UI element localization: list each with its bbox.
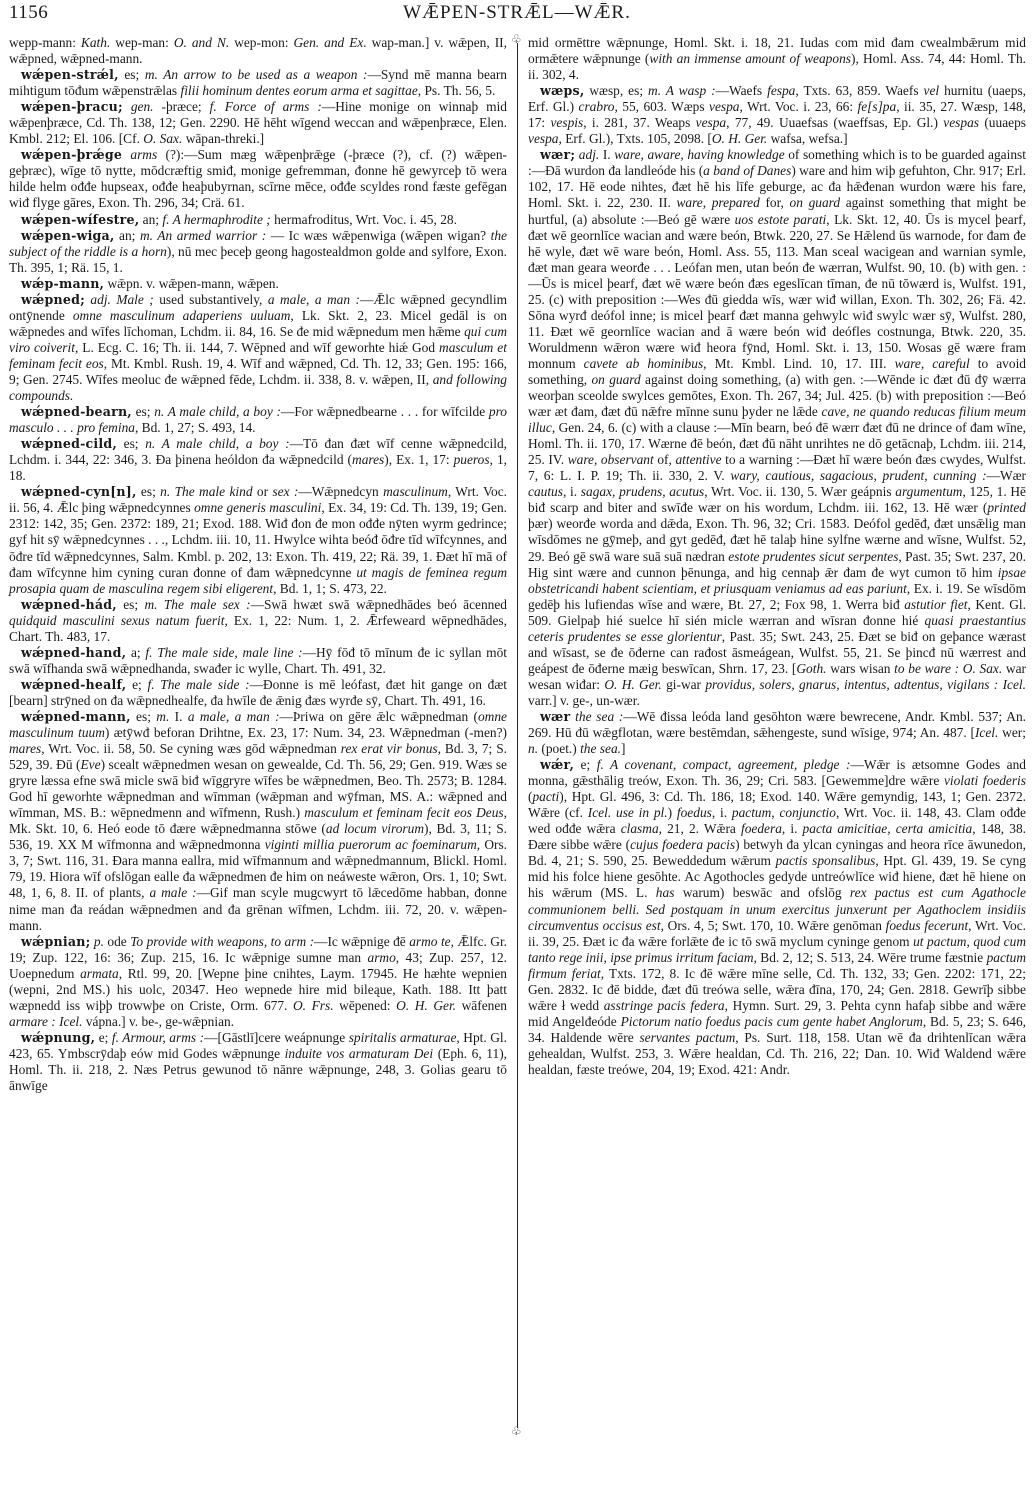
entry-headword: wær; (540, 147, 575, 162)
running-title: WǢPEN-STRǢL—WǢR. (9, 2, 1025, 24)
entry-italic-text: n. The male kind (160, 484, 252, 499)
entry-italic-text: Goth. (796, 661, 826, 676)
entry-italic-text: asstringe pacis federa (604, 998, 725, 1013)
entry-italic-text: on guard (790, 195, 841, 210)
entry-text: —Swā hwæt swā wǣpnedhādes beó ācenned (251, 597, 507, 612)
entry-headword: wæps, (540, 83, 584, 98)
ornament-top-icon: ♧ (511, 33, 522, 45)
entry-headword: wǽpnian; (21, 934, 90, 949)
entry-italic-text: O. Sax. (143, 131, 182, 146)
entry-italic-text: fespa (767, 83, 795, 98)
entry-italic-text: cavete ab hominibus (584, 356, 704, 371)
entry-italic-text: mares (9, 741, 41, 756)
entry-italic-text: a male, a man : (268, 292, 360, 307)
entry-italic-text: on guard (591, 372, 640, 387)
entry-headword: wǽpen-þracu; (21, 99, 123, 114)
dictionary-entry: wǽpned-cyn[n], es; n. The male kind or s… (9, 484, 507, 596)
entry-italic-text: O. H. Ger. (604, 677, 661, 692)
dictionary-entry: wǽr, e; f. A covenant, compact, agreemen… (528, 757, 1026, 1078)
entry-text: wafsa, wefsa.] (767, 131, 847, 146)
entry-italic-text: n. A male child, a boy : (154, 404, 281, 419)
dictionary-entry: wǽpned-healf, e; f. The male side :—Đonn… (9, 677, 507, 709)
entry-italic-text: arms (130, 147, 157, 162)
entry-italic-text: m. The male sex : (144, 597, 250, 612)
entry-text: es; (117, 436, 145, 451)
dictionary-entry: wǽpen-þrǽge arms (?):—Sum mæg wǣpenþrǣge… (9, 147, 507, 211)
dictionary-entry: wæps, wæsp, es; m. A wasp :—Waefs fespa,… (528, 83, 1026, 147)
entry-italic-text: m. (156, 709, 169, 724)
entry-headword: wǽp-mann, (21, 276, 104, 291)
entry-headword: wǽpned-healf, (21, 677, 126, 692)
entry-italic-text: crabro (579, 99, 615, 114)
entry-text: — Ic wæs wǣpenwiga (wǣpen wigan? (266, 228, 490, 243)
entry-text: , Bd. 1, 1; S. 473, 22. (273, 581, 387, 596)
dictionary-entry: wǽpen-wiga, an; m. An armed warrior : — … (9, 228, 507, 276)
entry-text: I. (599, 147, 614, 162)
entry-italic-text: the sea : (575, 709, 623, 724)
entry-italic-text: f. The male side : (147, 677, 249, 692)
entry-italic-text: Eve (81, 757, 101, 772)
entry-headword: wǽpen-wiga, (21, 228, 115, 243)
entry-text: es; (137, 484, 161, 499)
entry-italic-text: mares (352, 452, 384, 467)
entry-italic-text: pactis sponsalibus (776, 853, 876, 868)
entry-text: wǣpn. v. wǣpen-mann, wǣpen. (104, 276, 279, 291)
entry-italic-text: argumentum (895, 484, 962, 499)
dictionary-entry: wær; adj. I. ware, aware, having knowled… (528, 147, 1026, 709)
entry-italic-text: O. H. Ger. (396, 998, 456, 1013)
entry-text: , Ors. 4, 5; Swt. 170, 10. Wǣre genōman (661, 918, 886, 933)
entry-italic-text: wary, cautious, sagacious, prudent, cunn… (730, 468, 986, 483)
entry-italic-text: ad locum virorum (326, 821, 424, 836)
entry-italic-text: masculum et feminam fecit eos Deus (304, 805, 503, 820)
entry-italic-text: f. Armour, arms : (112, 1030, 204, 1045)
entry-headword: wǽpen-þrǽge (21, 147, 122, 162)
entry-italic-text: vespa (696, 115, 727, 130)
entry-text: , 77, 49. Uuaefsas (waeffsas, Ep. Gl.) (726, 115, 943, 130)
entry-text: , Ps. Th. 56, 5. (418, 83, 496, 98)
left-column: wepp-mann: Kath. wep-man: O. and N. wep-… (9, 35, 507, 1094)
entry-headword: wǽpned-hád, (21, 597, 117, 612)
entry-italic-text: to be ware : O. Sax. (894, 661, 1002, 676)
dictionary-entry: wǽpned-bearn, es; n. A male child, a boy… (9, 404, 507, 436)
entry-text: wæsp, es; (584, 83, 648, 98)
entry-italic-text: induite vos armaturam Dei (285, 1046, 433, 1061)
entry-text: for, (760, 195, 790, 210)
entry-italic-text: Pictorum natio foedus pacis cum gente ha… (621, 1014, 923, 1029)
entry-headword: wǽpned-bearn, (21, 404, 132, 419)
entry-italic-text: sagax, prudens, acutus (581, 484, 704, 499)
entry-text: ode (104, 934, 130, 949)
entry-italic-text: omne generis masculini (194, 500, 321, 515)
entry-headword: wǽpned-hand, (21, 645, 126, 660)
right-column: mid ormēttre wǣpnunge, Homl. Skt. i. 18,… (528, 35, 1026, 1078)
entry-italic-text: To provide with weapons, to arm : (130, 934, 314, 949)
entry-italic-text: m. An armed warrior : (140, 228, 266, 243)
entry-text: ) ætȳwđ beforan Drihtne, Ex. 23, 17: Num… (105, 725, 507, 740)
entry-italic-text: uos estote parati (735, 212, 827, 227)
entry-italic-text: f. The male side, male line : (145, 645, 302, 660)
entry-text: , Wrt. Voc. ii. 130, 5. Wær geápnis (704, 484, 895, 499)
entry-italic-text: attentive (675, 452, 721, 467)
entry-text: , i. 281, 37. Weaps (583, 115, 695, 130)
entry-text: es; (132, 404, 154, 419)
entry-text: , Lk. Skt. 12, 40. Ūs is mycel þearf, đæ… (528, 212, 1026, 371)
entry-italic-text: clasma (621, 821, 659, 836)
entry-italic-text: quidquid masculini sexus natum fuerit (9, 613, 224, 628)
entry-headword: wǽr, (540, 757, 574, 772)
entry-italic-text: armo (368, 950, 396, 965)
entry-italic-text: Gen. and Ex. (293, 35, 366, 50)
entry-italic-text: pacti (532, 789, 559, 804)
entry-text: I. (169, 709, 188, 724)
entry-text: , Bd. 2, 12; S. 513, 24. Wēre trume fæst… (754, 950, 987, 965)
entry-italic-text: pueros (454, 452, 490, 467)
entry-text: ] (621, 741, 625, 756)
entry-text: ) (668, 805, 677, 820)
dictionary-columns: wepp-mann: Kath. wep-man: O. and N. wep-… (9, 35, 1027, 1435)
entry-text: es; (117, 597, 145, 612)
entry-italic-text: armata (80, 966, 119, 981)
entry-text: es; (131, 709, 157, 724)
entry-text: , L. Ecg. C. 16; Th. ii. 144, 7. Wēpned … (75, 340, 439, 355)
entry-text: varr.] v. ge-, un-wær. (528, 693, 640, 708)
entry-text: —For wǣpnedbearne . . . for wīfcilde (281, 404, 489, 419)
entry-text: —Wær (987, 468, 1026, 483)
dictionary-entry: wǽpnian; p. ode To provide with weapons,… (9, 934, 507, 1030)
entry-text: —Waefs (716, 83, 767, 98)
entry-italic-text: filii hominum dentes eorum arma et sagit… (180, 83, 417, 98)
entry-text: , Bd. 1, 27; S. 493, 14. (135, 420, 256, 435)
entry-text: —Þriwa on gēre ǣlc wǣpnedman ( (279, 709, 478, 724)
entry-italic-text: violati foederis (944, 773, 1026, 788)
entry-italic-text: adj. Male ; (90, 292, 153, 307)
dictionary-entry: wǽpen-þracu; gen. -þræce; f. Force of ar… (9, 99, 507, 147)
entry-text: , i. (563, 484, 581, 499)
entry-text: (uuaeps (979, 115, 1026, 130)
entry-text: wepp-mann: (9, 35, 81, 50)
entry-text: an; (115, 228, 140, 243)
entry-italic-text: rex erat vir bonus (341, 741, 438, 756)
entry-italic-text: m. An arrow to be used as a weapon : (145, 67, 368, 82)
entry-text: wars wisan (827, 661, 895, 676)
entry-italic-text: Kath. (81, 35, 110, 50)
entry-italic-text: the sea. (580, 741, 621, 756)
entry-italic-text: a male : (149, 885, 196, 900)
entry-italic-text: vel (924, 83, 940, 98)
entry-italic-text: printed (987, 500, 1026, 515)
entry-italic-text: p. (94, 934, 104, 949)
entry-italic-text: Icel. (975, 725, 998, 740)
entry-text (123, 99, 131, 114)
entry-text: wēpened: (334, 998, 397, 1013)
ornament-bottom-icon: ♧ (511, 1425, 522, 1437)
dictionary-entry: wǽpned-cild, es; n. A male child, a boy … (9, 436, 507, 484)
entry-italic-text: armare : Icel. (9, 1014, 83, 1029)
entry-italic-text: a band of Danes (703, 163, 791, 178)
entry-text: e; (126, 677, 147, 692)
entry-italic-text: O. and N. (174, 35, 229, 50)
entry-italic-text: a male, a man : (188, 709, 280, 724)
entry-text: , Erf. Gl.), Txts. 105, 2098. [ (559, 131, 712, 146)
entry-text: wer; (998, 725, 1026, 740)
entry-italic-text: cautus (528, 484, 563, 499)
entry-italic-text: foedera (741, 821, 782, 836)
entry-text: vápna.] v. be-, ge-wǣpnian. (83, 1014, 235, 1029)
entry-italic-text: foedus (677, 805, 712, 820)
entry-text: wāfenen (456, 998, 507, 1013)
entry-text: hermafroditus, Wrt. Voc. i. 45, 28. (271, 212, 457, 227)
entry-headword: wǽpnung, (21, 1030, 95, 1045)
entry-italic-text: foedus fecerunt (886, 918, 969, 933)
entry-italic-text: ware, observant (568, 452, 654, 467)
entry-text: , Wrt. Voc. ii. 58, 50. Se cyning wæs gō… (41, 741, 341, 756)
entry-text: , Txts. 63, 859. Waefs (795, 83, 923, 98)
entry-italic-text: fe[s]pa (857, 99, 896, 114)
entry-italic-text: with an immense amount of weapons (649, 51, 851, 66)
entry-text: a; (126, 645, 145, 660)
entry-headword: wǽpned; (21, 292, 85, 307)
entry-text: —Ic wǣpnige đē (314, 934, 409, 949)
dictionary-entry: wǽpned-mann, es; m. I. a male, a man :—Þ… (9, 709, 507, 934)
dictionary-entry: wǽp-mann, wǣpn. v. wǣpen-mann, wǣpen. (9, 276, 507, 292)
entry-text: —Wǣpnedcyn (298, 484, 383, 499)
entry-text: wāpan-threki.] (182, 131, 264, 146)
dictionary-entry: wǽpen-wífestre, an; f. A hermaphrodite ;… (9, 212, 507, 228)
dictionary-entry: wǽpned; adj. Male ; used substantively, … (9, 292, 507, 404)
entry-text: used substantively, (154, 292, 268, 307)
dictionary-entry: wǽpnung, e; f. Armour, arms :—[Gāstlī]ce… (9, 1030, 507, 1094)
entry-continuation: mid ormēttre wǣpnunge, Homl. Skt. i. 18,… (528, 35, 1026, 83)
column-divider (517, 43, 518, 1428)
entry-italic-text: ware, aware, having knowledge (614, 147, 784, 162)
entry-text: (poet.) (538, 741, 580, 756)
entry-italic-text: f. Force of arms : (210, 99, 322, 114)
dictionary-entry: wǽpen-strǽl, es; m. An arrow to be used … (9, 67, 507, 99)
entry-text: , i. (782, 821, 803, 836)
entry-italic-text: n. A male child, a boy : (145, 436, 289, 451)
entry-text: —[Gāstlī]cere weápnunge (204, 1030, 349, 1045)
entry-text: -þræce; (154, 99, 210, 114)
dictionary-entry: wǽpned-hand, a; f. The male side, male l… (9, 645, 507, 677)
entry-italic-text: astutior fiet (904, 597, 967, 612)
entry-italic-text: servantes pactum (639, 1030, 735, 1045)
entry-text: e; (95, 1030, 112, 1045)
entry-text: wep-man: (110, 35, 174, 50)
entry-italic-text: f. A hermaphrodite ; (162, 212, 270, 227)
entry-italic-text: sex : (272, 484, 298, 499)
entry-headword: wǽpned-mann, (21, 709, 131, 724)
entry-text: , i. (712, 805, 732, 820)
entry-italic-text: vespis (550, 115, 583, 130)
entry-italic-text: armo te (409, 934, 450, 949)
entry-text: , Wrt. Voc. i. 23, 66: (740, 99, 858, 114)
entry-italic-text: O. H. Ger. (712, 131, 767, 146)
entry-text: , 21, 2. Wǣra (659, 821, 741, 836)
entry-continuation: wepp-mann: Kath. wep-man: O. and N. wep-… (9, 35, 507, 67)
entry-italic-text: ware, prepared (676, 195, 759, 210)
entry-headword: wǽpned-cild, (21, 436, 117, 451)
entry-headword: wær (540, 709, 570, 724)
entry-text: , Mt. Kmbl. Lind. 10, 17. III. (703, 356, 894, 371)
entry-italic-text: pacta amicitiae, certa amicitia (803, 821, 973, 836)
entry-italic-text: omne masculinum adaperiens uuluam (73, 308, 291, 323)
entry-italic-text: Icel. use in pl. (588, 805, 668, 820)
entry-italic-text: n. (528, 741, 538, 756)
entry-text: or (253, 484, 273, 499)
dictionary-entry: wær the sea :—Wē đissa leóda land gesōht… (528, 709, 1026, 757)
entry-italic-text: m. A wasp : (648, 83, 716, 98)
entry-italic-text: has (656, 885, 675, 900)
entry-italic-text: masculinum (383, 484, 448, 499)
entry-italic-text: pactum, conjunctio (732, 805, 836, 820)
entry-italic-text: O. Frs. (293, 998, 334, 1013)
entry-text: ), Ex. 1, 17: (384, 452, 453, 467)
entry-text: wep-mon: (229, 35, 293, 50)
entry-text: gi-war (662, 677, 706, 692)
entry-text: warum) beswāc and ofslōg (674, 885, 850, 900)
entry-text: es; (119, 67, 145, 82)
entry-italic-text: ware, careful (895, 356, 970, 371)
entry-italic-text: viginti millia puerorum ac foeminarum (265, 837, 477, 852)
entry-headword: wǽpen-strǽl, (21, 67, 119, 82)
entry-italic-text: adj. (579, 147, 599, 162)
entry-text: an; (139, 212, 162, 227)
entry-text: e; (574, 757, 597, 772)
entry-italic-text: vespa (528, 131, 559, 146)
dictionary-entry: wǽpned-hád, es; m. The male sex :—Swā hw… (9, 597, 507, 645)
page-header: 1156 WǢPEN-STRǢL—WǢR. (9, 2, 1025, 28)
entry-italic-text: providus, solers, gnarus, intentus, adte… (705, 677, 1026, 692)
entry-italic-text: gen. (131, 99, 154, 114)
entry-headword: wǽpen-wífestre, (21, 212, 139, 227)
entry-italic-text: cujus foedera pacis (630, 837, 735, 852)
entry-headword: wǽpned-cyn[n], (21, 484, 137, 499)
entry-text: , 55, 603. Wæps (615, 99, 710, 114)
entry-italic-text: estote prudentes sicut serpentes (728, 549, 898, 564)
entry-italic-text: f. A covenant, compact, agreement, pledg… (597, 757, 851, 772)
entry-italic-text: vespas (943, 115, 979, 130)
entry-text: of, (654, 452, 676, 467)
entry-italic-text: vespa (709, 99, 740, 114)
entry-italic-text: spiritalis armaturae (349, 1030, 457, 1045)
